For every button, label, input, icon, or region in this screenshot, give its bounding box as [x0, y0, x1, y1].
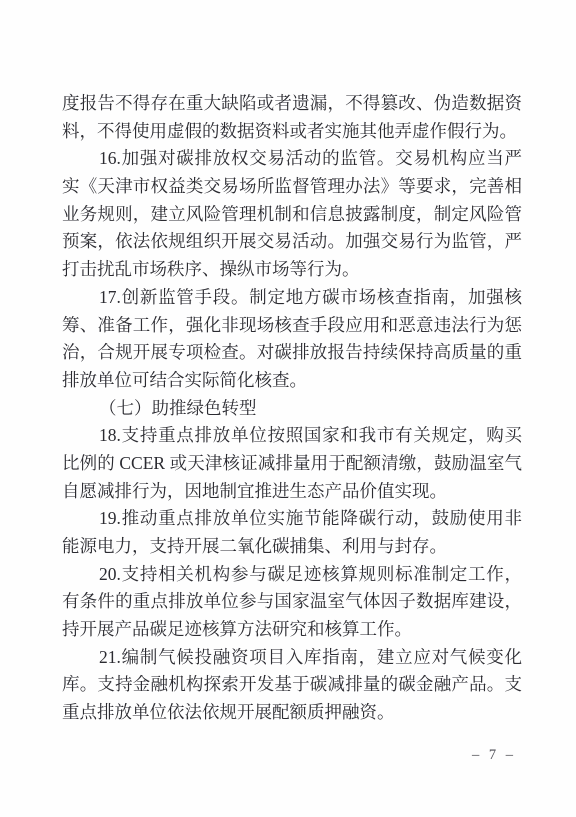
text-line: 度报告不得存在重大缺陷或者遗漏，不得篡改、伪造数据资 — [62, 90, 522, 118]
text-line: 21.编制气候投融资项目入库指南，建立应对气候变化项目 — [62, 644, 522, 672]
text-line: 实《天津市权益类交易场所监督管理办法》等要求，完善相关 — [62, 173, 522, 201]
text-line: 19.推动重点排放单位实施节能降碳行动，鼓励使用非化石 — [62, 505, 522, 533]
text-line: 20.支持相关机构参与碳足迹核算规则标准制定工作，鼓励 — [62, 561, 522, 589]
text-line: 持开展产品碳足迹核算方法研究和核算工作。 — [62, 616, 522, 644]
text-line: 筹、准备工作，强化非现场核查手段应用和恶意违法行为惩 — [62, 312, 522, 340]
text-line: 17.创新监管手段。制定地方碳市场核查指南，加强核查统 — [62, 284, 522, 312]
text-line: 比例的 CCER 或天津核证减排量用于配额清缴，鼓励温室气体 — [62, 450, 522, 478]
document-page: 度报告不得存在重大缺陷或者遗漏，不得篡改、伪造数据资料，不得使用虚假的数据资料或… — [0, 0, 576, 817]
text-line: 有条件的重点排放单位参与国家温室气体因子数据库建设，支 — [62, 588, 522, 616]
text-line: 18.支持重点排放单位按照国家和我市有关规定，购买一定 — [62, 422, 522, 450]
section-heading: （七）助推绿色转型 — [62, 395, 522, 423]
text-line: 打击扰乱市场秩序、操纵市场等行为。 — [62, 256, 522, 284]
text-line: 排放单位可结合实际简化核查。 — [62, 367, 522, 395]
text-line: 库。支持金融机构探索开发基于碳减排量的碳金融产品。支持 — [62, 671, 522, 699]
document-body: 度报告不得存在重大缺陷或者遗漏，不得篡改、伪造数据资料，不得使用虚假的数据资料或… — [62, 90, 522, 727]
text-line: 预案，依法依规组织开展交易活动。加强交易行为监管，严厉 — [62, 228, 522, 256]
text-line: 自愿减排行为，因地制宜推进生态产品价值实现。 — [62, 478, 522, 506]
text-line: 治，合规开展专项检查。对碳排放报告持续保持高质量的重点 — [62, 339, 522, 367]
text-line: 16.加强对碳排放权交易活动的监管。交易机构应当严格落 — [62, 145, 522, 173]
text-line: 重点排放单位依法依规开展配额质押融资。 — [62, 699, 522, 727]
page-number: – 7 – — [472, 747, 516, 764]
text-line: 业务规则，建立风险管理机制和信息披露制度，制定风险管理 — [62, 201, 522, 229]
text-line: 料，不得使用虚假的数据资料或者实施其他弄虚作假行为。 — [62, 118, 522, 146]
text-line: 能源电力，支持开展二氧化碳捕集、利用与封存。 — [62, 533, 522, 561]
